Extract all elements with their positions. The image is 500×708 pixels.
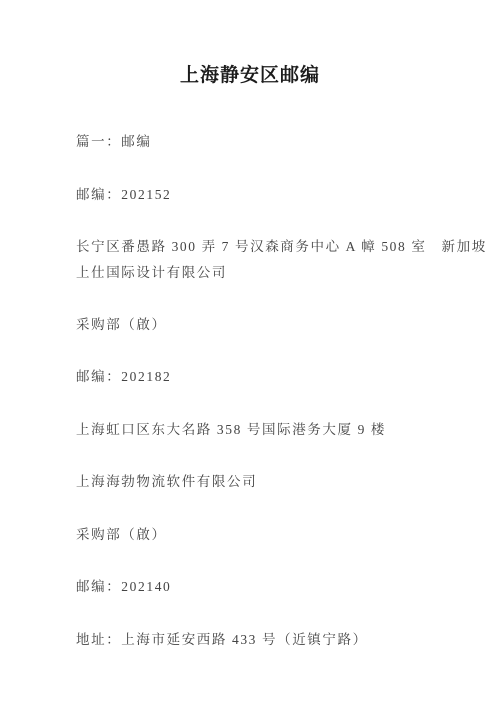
paragraph-address-company-1: 长宁区番愚路 300 弄 7 号汉森商务中心 A 幛 508 室 新加坡 上仕国… (76, 234, 442, 286)
text-line: 上仕国际设计有限公司 (76, 260, 442, 286)
text-line: 上海虹口区东大名路 358 号国际港务大厦 9 楼 (76, 417, 442, 443)
text-line: 采购部（啟） (76, 522, 442, 548)
paragraph-postal-code-2: 邮编：202182 (76, 364, 442, 390)
paragraph-company-2: 上海海勃物流软件有限公司 (76, 469, 442, 495)
text-line: 上海海勃物流软件有限公司 (76, 469, 442, 495)
paragraph-department-1: 采购部（啟） (76, 312, 442, 338)
text-line: 邮编：202140 (76, 574, 442, 600)
paragraph-postal-code-1: 邮编：202152 (76, 182, 442, 208)
paragraph-department-2: 采购部（啟） (76, 522, 442, 548)
paragraph-address-3: 地址：上海市延安西路 433 号（近镇宁路） (76, 627, 442, 653)
document-page: 上海静安区邮编 篇一：邮编 邮编：202152 长宁区番愚路 300 弄 7 号… (0, 0, 500, 708)
text-line: 采购部（啟） (76, 312, 442, 338)
text-line: 邮编：202152 (76, 182, 442, 208)
text-line: 篇一：邮编 (76, 129, 442, 155)
paragraph-address-2: 上海虹口区东大名路 358 号国际港务大厦 9 楼 (76, 417, 442, 443)
text-line: 地址：上海市延安西路 433 号（近镇宁路） (76, 627, 442, 653)
page-title: 上海静安区邮编 (0, 60, 500, 87)
text-line: 长宁区番愚路 300 弄 7 号汉森商务中心 A 幛 508 室 新加坡 (76, 234, 442, 260)
paragraph-postal-code-3: 邮编：202140 (76, 574, 442, 600)
text-line: 邮编：202182 (76, 364, 442, 390)
paragraph-section-heading: 篇一：邮编 (76, 129, 442, 155)
